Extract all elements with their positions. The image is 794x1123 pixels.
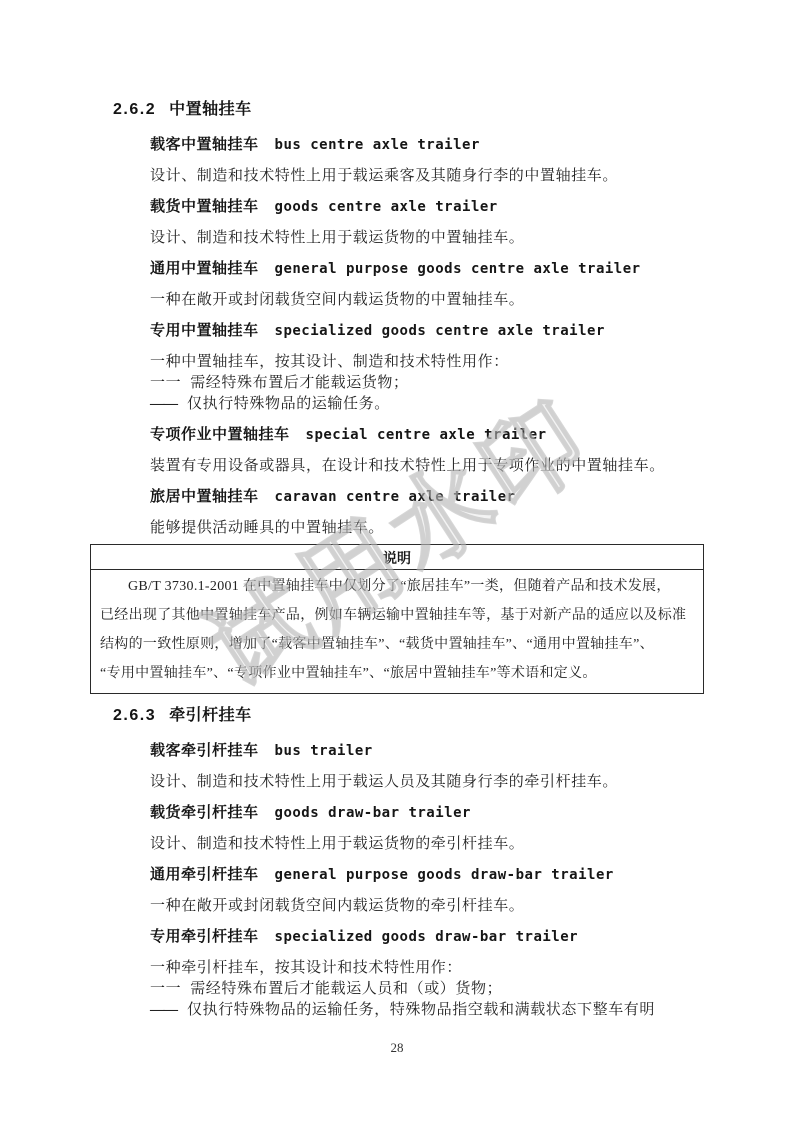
dash-marker: 一一 [150, 981, 181, 997]
section-heading-262: 2.6.2中置轴挂车 [113, 100, 794, 120]
term-heading: 旅居中置轴挂车caravan centre axle trailer [150, 486, 794, 508]
term-definition: 设计、制造和技术特性上用于载运乘客及其随身行李的中置轴挂车。 [150, 165, 794, 187]
term-definition: 设计、制造和技术特性上用于载运人员及其随身行李的牵引杆挂车。 [150, 771, 794, 793]
term-definition: 能够提供活动睡具的中置轴挂车。 [150, 517, 794, 539]
note-line: 结构的一致性原则，增加了“载客中置轴挂车”、“载货中置轴挂车”、“通用中置轴挂车… [100, 630, 694, 659]
note-header: 说明 [91, 545, 703, 570]
term-heading: 载客中置轴挂车bus centre axle trailer [150, 134, 794, 156]
term-definition: 一种中置轴挂车，按其设计、制造和技术特性用作： [150, 351, 794, 373]
section-title: 中置轴挂车 [169, 101, 252, 118]
term-en: goods draw-bar trailer [275, 805, 471, 821]
term-en: caravan centre axle trailer [275, 489, 516, 505]
term-entry: 载货中置轴挂车goods centre axle trailer 设计、制造和技… [0, 196, 794, 249]
term-entry: 通用中置轴挂车general purpose goods centre axle… [0, 258, 794, 311]
term-heading: 通用中置轴挂车general purpose goods centre axle… [150, 258, 794, 280]
dash-list-item: ——仅执行特殊物品的运输任务，特殊物品指空载和满载状态下整车有明 [150, 1000, 794, 1021]
term-definition: 一种在敞开或封闭载货空间内载运货物的牵引杆挂车。 [150, 895, 794, 917]
note-line: GB/T 3730.1-2001 在中置轴挂车中仅划分了“旅居挂车”一类，但随着… [100, 572, 694, 601]
dash-text: 仅执行特殊物品的运输任务，特殊物品指空载和满载状态下整车有明 [187, 1002, 655, 1018]
dash-text: 需经特殊布置后才能载运人员和（或）货物； [190, 981, 502, 997]
term-heading: 载货牵引杆挂车goods draw-bar trailer [150, 802, 794, 824]
term-en: specialized goods centre axle trailer [275, 323, 605, 339]
term-entry: 专用牵引杆挂车specialized goods draw-bar traile… [0, 926, 794, 1021]
page-content: 2.6.2中置轴挂车 载客中置轴挂车bus centre axle traile… [0, 0, 794, 1021]
dash-text: 仅执行特殊物品的运输任务。 [187, 396, 390, 412]
term-entry: 载货牵引杆挂车goods draw-bar trailer 设计、制造和技术特性… [0, 802, 794, 855]
document-page: 试用水印 2.6.2中置轴挂车 载客中置轴挂车bus centre axle t… [0, 0, 794, 1123]
term-entry: 载客中置轴挂车bus centre axle trailer 设计、制造和技术特… [0, 134, 794, 187]
term-entry: 专项作业中置轴挂车special centre axle trailer 装置有… [0, 424, 794, 477]
term-en: goods centre axle trailer [275, 199, 498, 215]
term-en: general purpose goods centre axle traile… [275, 261, 641, 277]
term-entry: 旅居中置轴挂车caravan centre axle trailer 能够提供活… [0, 486, 794, 539]
page-number: 28 [0, 1040, 794, 1056]
term-zh: 载货中置轴挂车 [150, 198, 259, 215]
term-heading: 载货中置轴挂车goods centre axle trailer [150, 196, 794, 218]
section-heading-263: 2.6.3牵引杆挂车 [113, 706, 794, 726]
dash-marker: —— [150, 396, 176, 412]
term-zh: 专项作业中置轴挂车 [150, 426, 290, 443]
term-entry: 通用牵引杆挂车general purpose goods draw-bar tr… [0, 864, 794, 917]
dash-marker: —— [150, 1002, 176, 1018]
dash-list-item: ——仅执行特殊物品的运输任务。 [150, 394, 794, 415]
dash-marker: 一一 [150, 375, 181, 391]
term-definition: 装置有专用设备或器具，在设计和技术特性上用于专项作业的中置轴挂车。 [150, 455, 794, 477]
note-body: GB/T 3730.1-2001 在中置轴挂车中仅划分了“旅居挂车”一类，但随着… [91, 570, 703, 693]
term-en: bus trailer [275, 743, 373, 759]
term-heading: 专用中置轴挂车specialized goods centre axle tra… [150, 320, 794, 342]
term-zh: 载货牵引杆挂车 [150, 804, 259, 821]
term-heading: 载客牵引杆挂车bus trailer [150, 740, 794, 762]
term-heading: 专用牵引杆挂车specialized goods draw-bar traile… [150, 926, 794, 948]
term-definition: 设计、制造和技术特性上用于载运货物的牵引杆挂车。 [150, 833, 794, 855]
term-zh: 载客中置轴挂车 [150, 136, 259, 153]
term-en: special centre axle trailer [306, 427, 547, 443]
term-definition: 一种牵引杆挂车，按其设计和技术特性用作： [150, 957, 794, 979]
term-entry: 专用中置轴挂车specialized goods centre axle tra… [0, 320, 794, 415]
term-definition: 设计、制造和技术特性上用于载运货物的中置轴挂车。 [150, 227, 794, 249]
note-line: 已经出现了其他中置轴挂车产品，例如车辆运输中置轴挂车等，基于对新产品的适应以及标… [100, 601, 694, 630]
term-zh: 专用牵引杆挂车 [150, 928, 259, 945]
section-number: 2.6.2 [113, 101, 156, 118]
term-zh: 载客牵引杆挂车 [150, 742, 259, 759]
term-en: general purpose goods draw-bar trailer [275, 867, 614, 883]
term-definition: 一种在敞开或封闭载货空间内载运货物的中置轴挂车。 [150, 289, 794, 311]
term-zh: 专用中置轴挂车 [150, 322, 259, 339]
term-en: specialized goods draw-bar trailer [275, 929, 579, 945]
note-box: 说明 GB/T 3730.1-2001 在中置轴挂车中仅划分了“旅居挂车”一类，… [90, 544, 704, 694]
dash-text: 需经特殊布置后才能载运货物； [190, 375, 408, 391]
term-zh: 旅居中置轴挂车 [150, 488, 259, 505]
term-heading: 专项作业中置轴挂车special centre axle trailer [150, 424, 794, 446]
term-zh: 通用中置轴挂车 [150, 260, 259, 277]
dash-list-item: 一一需经特殊布置后才能载运人员和（或）货物； [150, 979, 794, 1000]
term-en: bus centre axle trailer [275, 137, 480, 153]
dash-list-item: 一一需经特殊布置后才能载运货物； [150, 373, 794, 394]
section-title: 牵引杆挂车 [169, 707, 252, 724]
section-number: 2.6.3 [113, 707, 156, 724]
term-entry: 载客牵引杆挂车bus trailer 设计、制造和技术特性上用于载运人员及其随身… [0, 740, 794, 793]
term-heading: 通用牵引杆挂车general purpose goods draw-bar tr… [150, 864, 794, 886]
note-line: “专用中置轴挂车”、“专项作业中置轴挂车”、“旅居中置轴挂车”等术语和定义。 [100, 659, 694, 688]
term-zh: 通用牵引杆挂车 [150, 866, 259, 883]
